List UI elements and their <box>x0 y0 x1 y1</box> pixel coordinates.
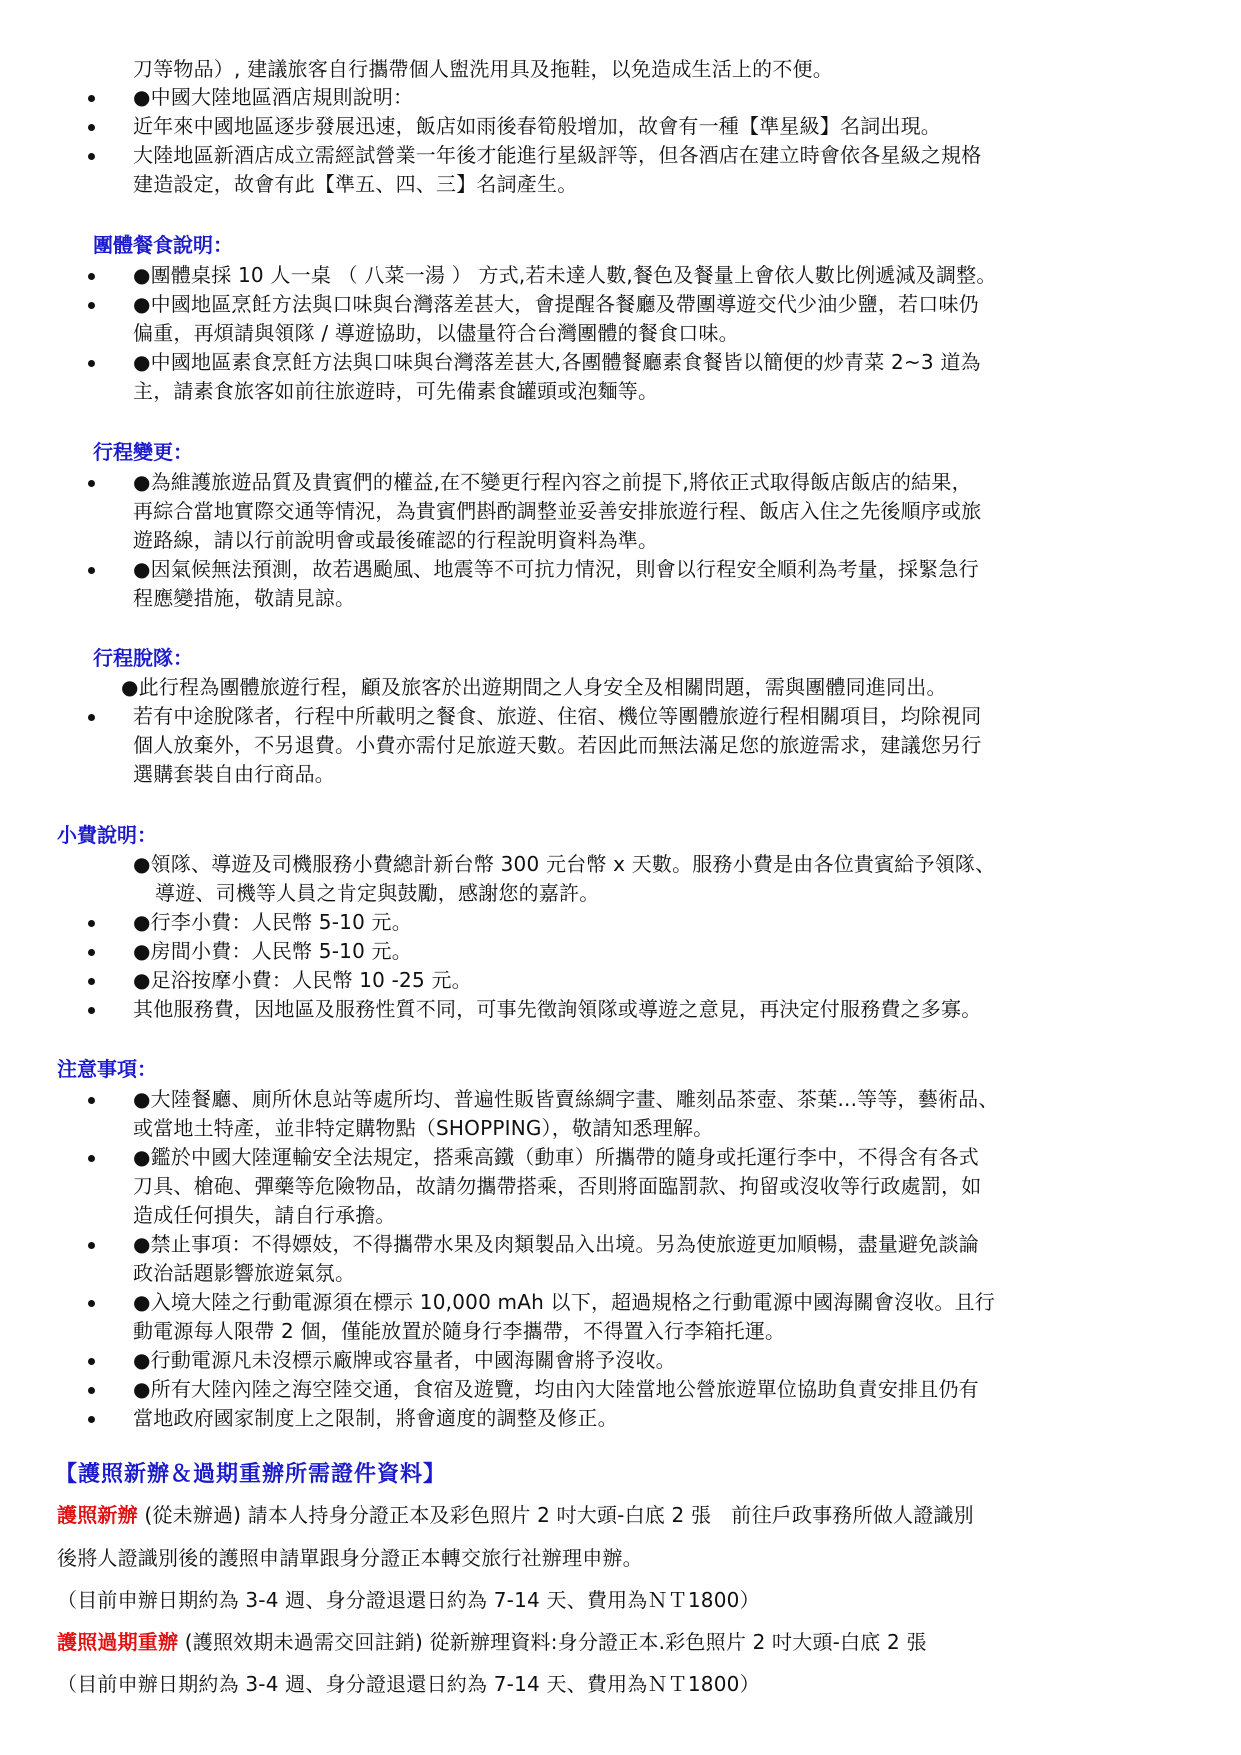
leave-line-3: 選購套裝自由行商品。 <box>133 760 335 788</box>
bullet-icon <box>88 1007 95 1014</box>
leave-line-0: ●此行程為團體旅遊行程，顧及旅客於出遊期間之人身安全及相關問題，需與團體同進同出… <box>121 673 947 701</box>
tips-line-4: ●足浴按摩小費：人民幣 10 -25 元。 <box>133 966 472 994</box>
passport-new-text: (從未辦過) 請本人持身分證正本及彩色照片 2 吋大頭-白底 2 張 前往戶政事… <box>138 1503 974 1527</box>
tips-line-5: 其他服務費，因地區及服務性質不同，可事先徵詢領隊或導遊之意見，再決定付服務費之多… <box>133 995 981 1023</box>
tips-heading: 小費說明： <box>57 821 157 849</box>
change-line-3: ●因氣候無法預測，故若遇颱風、地震等不可抗力情況，則會以行程安全順利為考量，採緊… <box>133 555 979 583</box>
itinerary-change-heading: 行程變更： <box>93 438 193 466</box>
bullet-icon <box>88 1416 95 1423</box>
change-line-2: 遊路線，請以行前說明會或最後確認的行程說明資料為準。 <box>133 526 658 554</box>
bullet-icon <box>88 360 95 367</box>
bullet-icon <box>88 1358 95 1365</box>
passport-renew-line-1: 護照過期重辦 (護照效期未過需交回註銷) 從新辦理資料:身分證正本.彩色照片 2… <box>57 1628 927 1656</box>
hotel-line-2: 近年來中國地區逐步發展迅速，飯店如雨後春筍般增加，故會有一種【準星級】名詞出現。 <box>133 112 941 140</box>
bullet-icon <box>88 1097 95 1104</box>
bullet-icon <box>88 978 95 985</box>
notes-line-5: ●禁止事項：不得嫖妓，不得攜帶水果及肉類製品入出境。另為使旅遊更加順暢，盡量避免… <box>133 1230 979 1258</box>
meals-heading: 團體餐食說明： <box>93 231 233 259</box>
meals-line-2: 偏重，再煩請與領隊 / 導遊協助，以儘量符合台灣團體的餐食口味。 <box>133 319 739 347</box>
passport-new-note: （目前申辦日期約為 3-4 週、身分證退還日約為 7-14 天、費用為ＮＴ180… <box>57 1586 760 1614</box>
change-line-1: 再綜合當地實際交通等情況，為貴賓們斟酌調整並妥善安排旅遊行程、飯店入住之先後順序… <box>133 497 981 525</box>
bullet-icon <box>88 1387 95 1394</box>
notes-line-8: 動電源每人限帶 2 個，僅能放置於隨身行李攜帶，不得置入行李箱托運。 <box>133 1317 785 1345</box>
bullet-icon <box>88 95 95 102</box>
meals-line-3: ●中國地區素食烹飪方法與口味與台灣落差甚大,各團體餐廳素食餐皆以簡便的炒青菜 2… <box>133 348 981 376</box>
tips-line-3: ●房間小費：人民幣 5-10 元。 <box>133 937 412 965</box>
bullet-icon <box>88 480 95 487</box>
notes-line-10: ●所有大陸內陸之海空陸交通，食宿及遊覽，均由內大陸當地公營旅遊單位協助負責安排且… <box>133 1375 979 1403</box>
bullet-icon <box>88 714 95 721</box>
passport-new-line-2: 後將人證識別後的護照申請單跟身分證正本轉交旅行社辦理申辦。 <box>57 1544 643 1572</box>
hotel-line-4: 建造設定，故會有此【準五、四、三】名詞產生。 <box>133 170 577 198</box>
tips-line-1: 導遊、司機等人員之肯定與鼓勵，感謝您的嘉許。 <box>155 879 599 907</box>
bullet-icon <box>88 567 95 574</box>
leave-group-heading: 行程脫隊： <box>93 644 193 672</box>
passport-new-line-1: 護照新辦 (從未辦過) 請本人持身分證正本及彩色照片 2 吋大頭-白底 2 張 … <box>57 1501 974 1529</box>
notes-line-0: ●大陸餐廳、廁所休息站等處所均、普遍性販皆賣絲綢字畫、雕刻品茶壺、茶葉...等等… <box>133 1085 999 1113</box>
meals-line-0: ●團體桌採 10 人一桌 （ 八菜一湯 ） 方式,若未達人數,餐色及餐量上會依人… <box>133 261 997 289</box>
bullet-icon <box>88 949 95 956</box>
notes-line-1: 或當地土特產，並非特定購物點（SHOPPING），敬請知悉理解。 <box>133 1114 713 1142</box>
notes-line-4: 造成任何損失，請自行承擔。 <box>133 1201 396 1229</box>
meals-line-1: ●中國地區烹飪方法與口味與台灣落差甚大，會提醒各餐廳及帶團導遊交代少油少鹽，若口… <box>133 290 979 318</box>
notes-heading: 注意事項： <box>57 1055 157 1083</box>
passport-renew-label: 護照過期重辦 <box>57 1630 178 1654</box>
hotel-line-3: 大陸地區新酒店成立需經試營業一年後才能進行星級評等，但各酒店在建立時會依各星級之… <box>133 141 981 169</box>
passport-renew-text: (護照效期未過需交回註銷) 從新辦理資料:身分證正本.彩色照片 2 吋大頭-白底… <box>178 1630 927 1654</box>
bullet-icon <box>88 1300 95 1307</box>
bullet-icon <box>88 153 95 160</box>
tips-line-2: ●行李小費：人民幣 5-10 元。 <box>133 908 412 936</box>
notes-line-11: 當地政府國家制度上之限制，將會適度的調整及修正。 <box>133 1404 618 1432</box>
tips-line-0: ●領隊、導遊及司機服務小費總計新台幣 300 元台幣 x 天數。服務小費是由各位… <box>133 850 995 878</box>
notes-line-7: ●入境大陸之行動電源須在標示 10,000 mAh 以下，超過規格之行動電源中國… <box>133 1288 995 1316</box>
notes-line-2: ●鑑於中國大陸運輸安全法規定，搭乘高鐵（動車）所攜帶的隨身或托運行李中，不得含有… <box>133 1143 979 1171</box>
passport-renew-note: （目前申辦日期約為 3-4 週、身分證退還日約為 7-14 天、費用為ＮＴ180… <box>57 1670 760 1698</box>
passport-heading: 【護照新辦＆過期重辦所需證件資料】 <box>55 1460 446 1490</box>
notes-line-9: ●行動電源凡未沒標示廠牌或容量者，中國海關會將予沒收。 <box>133 1346 676 1374</box>
bullet-icon <box>88 1155 95 1162</box>
hotel-line-0: 刀等物品）, 建議旅客自行攜帶個人盥洗用具及拖鞋，以免造成生活上的不便。 <box>133 55 833 83</box>
change-line-0: ●為維護旅遊品質及貴賓們的權益,在不變更行程內容之前提下,將依正式取得飯店飯店的… <box>133 468 972 496</box>
leave-line-2: 個人放棄外，不另退費。小費亦需付足旅遊天數。若因此而無法滿足您的旅遊需求，建議您… <box>133 731 981 759</box>
bullet-icon <box>88 273 95 280</box>
bullet-icon <box>88 124 95 131</box>
leave-line-1: 若有中途脫隊者，行程中所載明之餐食、旅遊、住宿、機位等團體旅遊行程相關項目，均除… <box>133 702 981 730</box>
bullet-icon <box>88 302 95 309</box>
notes-line-6: 政治話題影響旅遊氣氛。 <box>133 1259 355 1287</box>
passport-new-label: 護照新辦 <box>57 1503 138 1527</box>
hotel-line-1: ●中國大陸地區酒店規則說明： <box>133 83 413 111</box>
meals-line-4: 主，請素食旅客如前往旅遊時，可先備素食罐頭或泡麵等。 <box>133 377 658 405</box>
change-line-4: 程應變措施，敬請見諒。 <box>133 584 355 612</box>
bullet-icon <box>88 920 95 927</box>
bullet-icon <box>88 1242 95 1249</box>
notes-line-3: 刀具、槍砲、彈藥等危險物品，故請勿攜帶搭乘，否則將面臨罰款、拘留或沒收等行政處罰… <box>133 1172 981 1200</box>
